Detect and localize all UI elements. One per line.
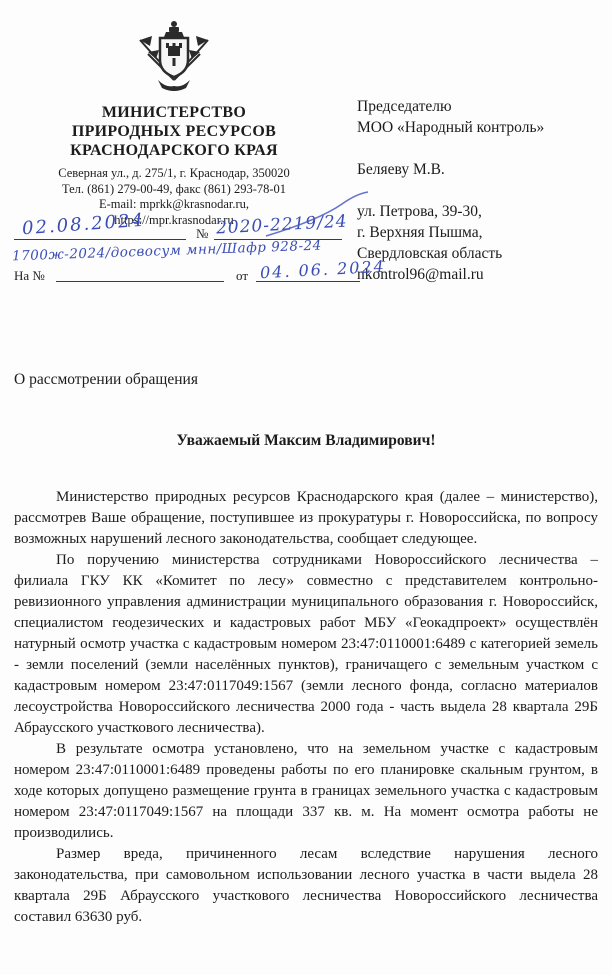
recipient-city: г. Верхняя Пышма,: [357, 222, 603, 243]
ministry-name-line: КРАСНОДАРСКОГО КРАЯ: [14, 141, 334, 160]
scanned-letter-page: МИНИСТЕРСТВО ПРИРОДНЫХ РЕСУРСОВ КРАСНОДА…: [0, 0, 612, 975]
letterhead: МИНИСТЕРСТВО ПРИРОДНЫХ РЕСУРСОВ КРАСНОДА…: [14, 18, 334, 228]
ministry-name-line: ПРИРОДНЫХ РЕСУРСОВ: [14, 122, 334, 141]
outgoing-date-line: [14, 238, 186, 240]
from-label: от: [236, 268, 248, 284]
recipient-region: Свердловская область: [357, 243, 603, 264]
sender-ministry-name: МИНИСТЕРСТВО ПРИРОДНЫХ РЕСУРСОВ КРАСНОДА…: [14, 103, 334, 160]
recipient-name: Беляеву М.В.: [357, 159, 603, 180]
handwritten-registration-note: 1700ж-2024/досвосум мнн/Шафр 928-24: [12, 238, 322, 265]
recipient-organization: МОО «Народный контроль»: [357, 117, 603, 138]
coat-of-arms-icon: [14, 18, 334, 100]
recipient-position: Председателю: [357, 96, 603, 117]
incoming-number-line: [56, 280, 224, 282]
subject-line: О рассмотрении обращения: [14, 371, 198, 389]
recipient-block: Председателю МОО «Народный контроль» Бел…: [357, 96, 603, 285]
number-sign-label: №: [196, 226, 208, 242]
body-paragraph: Министерство природных ресурсов Краснода…: [14, 487, 598, 550]
body-paragraph: В результате осмотра установлено, что на…: [14, 739, 598, 844]
recipient-street: ул. Петрова, 39-30,: [357, 201, 603, 222]
body-paragraph: По поручению министерства сотрудниками Н…: [14, 550, 598, 739]
reference-block: № На № от 02.08.2024 2020-2219/24 1700ж-…: [14, 210, 362, 288]
handwritten-outgoing-date: 02.08.2024: [21, 210, 145, 240]
body-paragraph: Размер вреда, причиненного лесам вследст…: [14, 844, 598, 928]
spacer: [357, 138, 603, 159]
sender-street-address: Северная ул., д. 275/1, г. Краснодар, 35…: [14, 166, 334, 182]
spacer: [357, 180, 603, 201]
ministry-name-line: МИНИСТЕРСТВО: [14, 103, 334, 122]
handwritten-outgoing-number: 2020-2219/24: [216, 212, 349, 239]
salutation: Уважаемый Максим Владимирович!: [0, 432, 612, 450]
incoming-number-label: На №: [14, 268, 45, 284]
recipient-email: nkontrol96@mail.ru: [357, 264, 603, 285]
letter-body: Министерство природных ресурсов Краснода…: [14, 487, 598, 928]
sender-phone: Тел. (861) 279-00-49, факс (861) 293-78-…: [14, 182, 334, 198]
